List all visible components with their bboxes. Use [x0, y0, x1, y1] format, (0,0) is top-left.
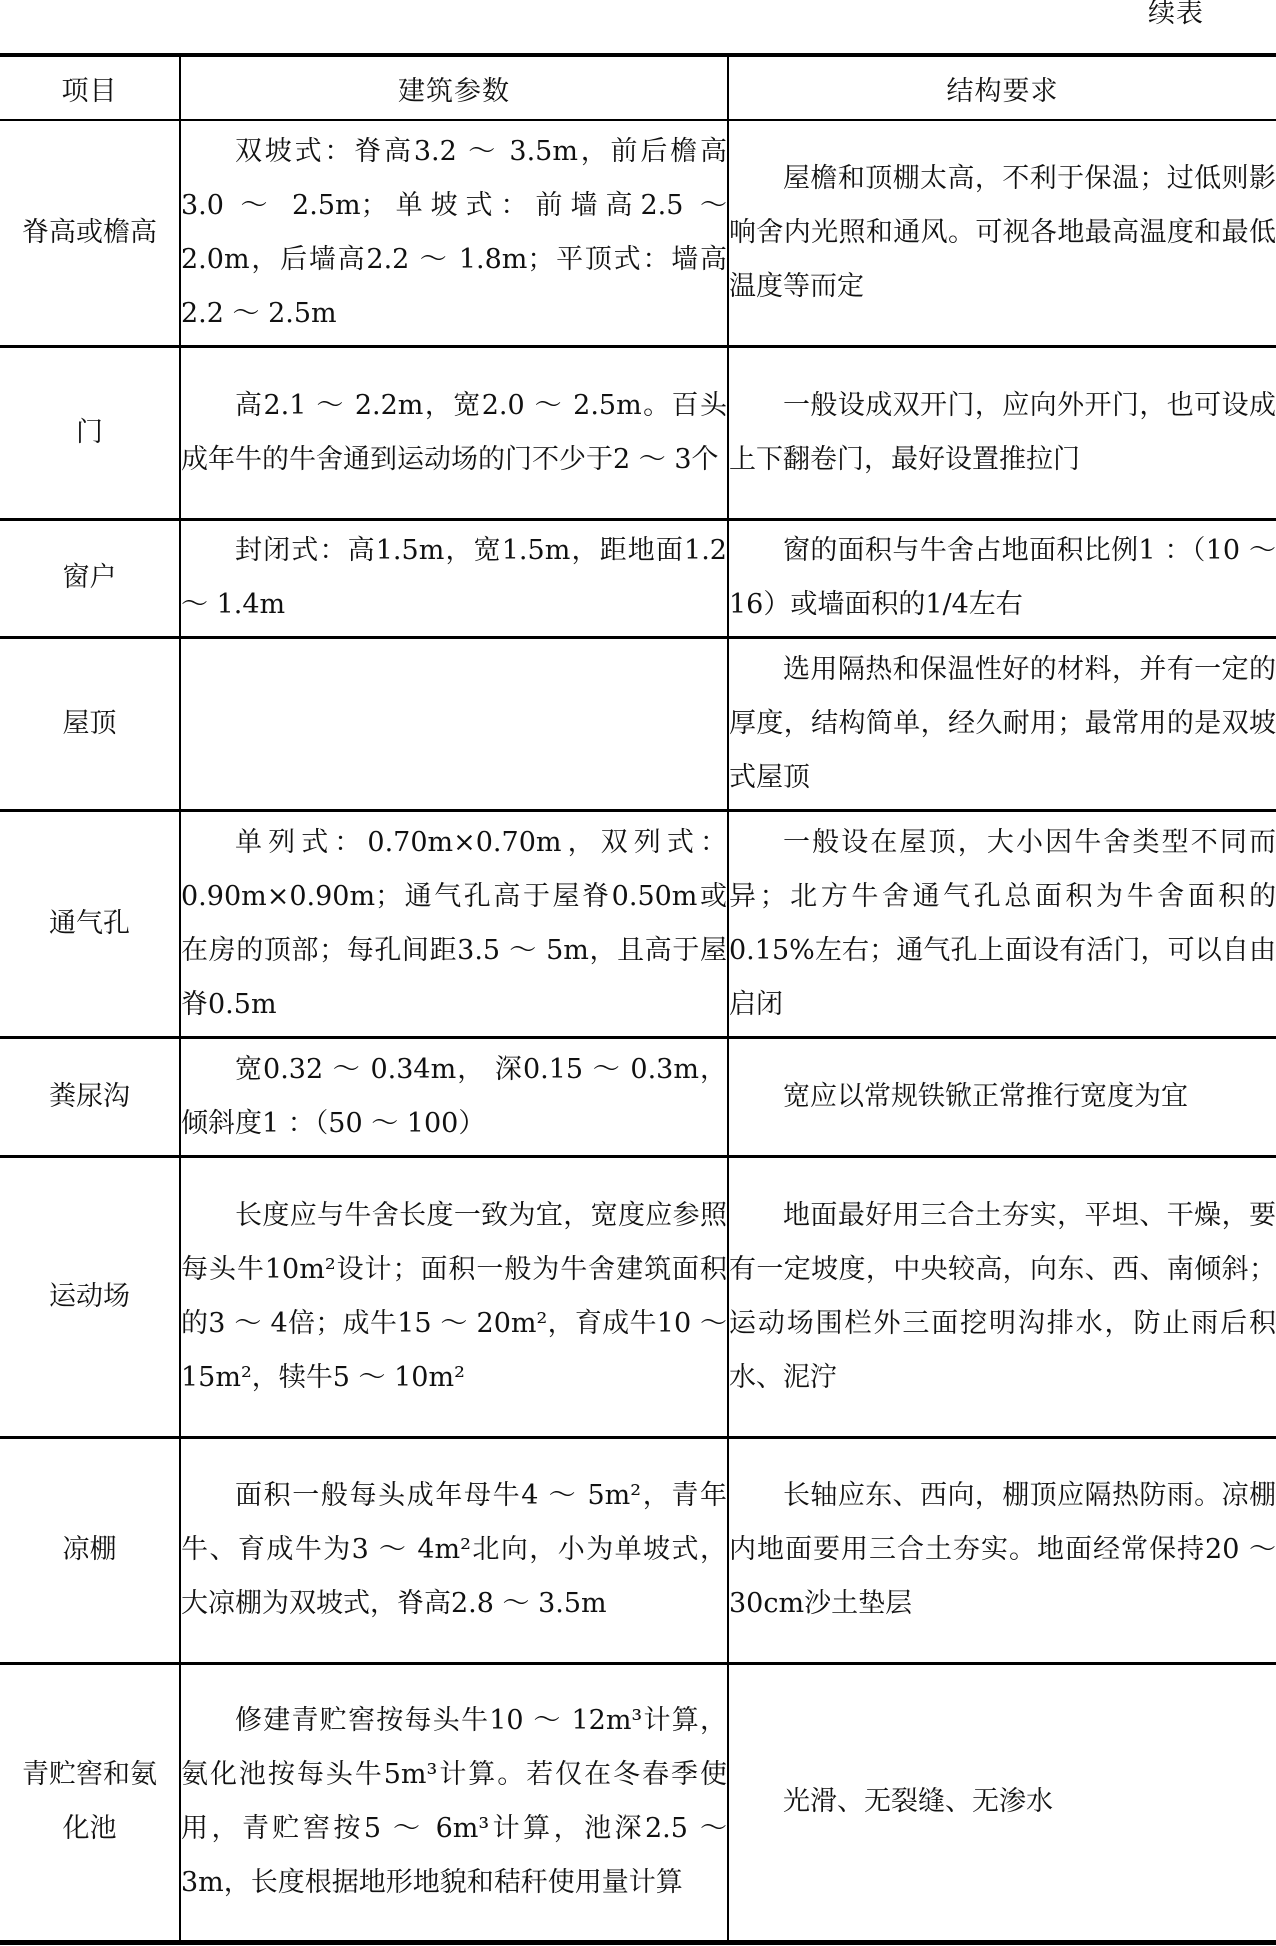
params-text: 面积一般每头成年母牛4 ～ 5m²，青年牛、育成牛为3 ～ 4m²北向，小为单坡…	[181, 1469, 727, 1631]
requirements-text: 窗的面积与牛舍占地面积比例1 ：（10 ～ 16）或墙面积的1/4左右	[729, 524, 1276, 632]
row-item: 屋顶	[0, 637, 180, 810]
table-row: 屋顶 选用隔热和保温性好的材料，并有一定的厚度，结构简单，经久耐用；最常用的是双…	[0, 637, 1276, 810]
table-row: 脊高或檐高 双坡式：脊高3.2 ～ 3.5m，前后檐高3.0 ～ 2.5m；单坡…	[0, 120, 1276, 346]
row-params: 修建青贮窖按每头牛10 ～ 12m³计算，氨化池按每头牛5m³计算。若仅在冬春季…	[180, 1663, 728, 1942]
header-item: 项目	[0, 55, 180, 120]
row-item: 运动场	[0, 1156, 180, 1437]
row-params: 单列式：0.70m×0.70m，双列式：0.90m×0.90m；通气孔高于屋脊0…	[180, 810, 728, 1037]
row-item: 通气孔	[0, 810, 180, 1037]
row-params: 宽0.32 ～ 0.34m， 深0.15 ～ 0.3m，倾斜度1 ：（50 ～ …	[180, 1037, 728, 1156]
requirements-text: 长轴应东、西向，棚顶应隔热防雨。凉棚内地面要用三合土夯实。地面经常保持20 ～ …	[729, 1469, 1276, 1631]
table-row: 门 高2.1 ～ 2.2m，宽2.0 ～ 2.5m。百头成年牛的牛舍通到运动场的…	[0, 346, 1276, 519]
row-requirements: 窗的面积与牛舍占地面积比例1 ：（10 ～ 16）或墙面积的1/4左右	[728, 519, 1276, 637]
params-text: 单列式：0.70m×0.70m，双列式：0.90m×0.90m；通气孔高于屋脊0…	[181, 816, 727, 1032]
params-text: 高2.1 ～ 2.2m，宽2.0 ～ 2.5m。百头成年牛的牛舍通到运动场的门不…	[181, 379, 727, 487]
table-row: 运动场 长度应与牛舍长度一致为宜，宽度应参照每头牛10m²设计；面积一般为牛舍建…	[0, 1156, 1276, 1437]
requirements-text: 地面最好用三合土夯实，平坦、干燥，要有一定坡度，中央较高，向东、西、南倾斜；运动…	[729, 1189, 1276, 1405]
params-text: 宽0.32 ～ 0.34m， 深0.15 ～ 0.3m，倾斜度1 ：（50 ～ …	[181, 1043, 727, 1151]
requirements-text: 光滑、无裂缝、无渗水	[729, 1775, 1276, 1829]
row-requirements: 选用隔热和保温性好的材料，并有一定的厚度，结构简单，经久耐用；最常用的是双坡式屋…	[728, 637, 1276, 810]
table-row: 粪尿沟 宽0.32 ～ 0.34m， 深0.15 ～ 0.3m，倾斜度1 ：（5…	[0, 1037, 1276, 1156]
header-building-params: 建筑参数	[180, 55, 728, 120]
table-row: 青贮窖和氨化池 修建青贮窖按每头牛10 ～ 12m³计算，氨化池按每头牛5m³计…	[0, 1663, 1276, 1942]
params-text: 修建青贮窖按每头牛10 ～ 12m³计算，氨化池按每头牛5m³计算。若仅在冬春季…	[181, 1694, 727, 1910]
row-requirements: 地面最好用三合土夯实，平坦、干燥，要有一定坡度，中央较高，向东、西、南倾斜；运动…	[728, 1156, 1276, 1437]
params-text: 长度应与牛舍长度一致为宜，宽度应参照每头牛10m²设计；面积一般为牛舍建筑面积的…	[181, 1189, 727, 1405]
row-params	[180, 637, 728, 810]
row-params: 双坡式：脊高3.2 ～ 3.5m，前后檐高3.0 ～ 2.5m；单坡式：前墙高2…	[180, 120, 728, 346]
row-params: 高2.1 ～ 2.2m，宽2.0 ～ 2.5m。百头成年牛的牛舍通到运动场的门不…	[180, 346, 728, 519]
row-params: 面积一般每头成年母牛4 ～ 5m²，青年牛、育成牛为3 ～ 4m²北向，小为单坡…	[180, 1437, 728, 1663]
row-item: 凉棚	[0, 1437, 180, 1663]
row-requirements: 长轴应东、西向，棚顶应隔热防雨。凉棚内地面要用三合土夯实。地面经常保持20 ～ …	[728, 1437, 1276, 1663]
row-item: 门	[0, 346, 180, 519]
row-requirements: 一般设在屋顶，大小因牛舍类型不同而异；北方牛舍通气孔总面积为牛舍面积的0.15%…	[728, 810, 1276, 1037]
row-requirements: 屋檐和顶棚太高，不利于保温；过低则影响舍内光照和通风。可视各地最高温度和最低温度…	[728, 120, 1276, 346]
row-requirements: 一般设成双开门，应向外开门，也可设成上下翻卷门，最好设置推拉门	[728, 346, 1276, 519]
row-item: 窗户	[0, 519, 180, 637]
requirements-text: 屋檐和顶棚太高，不利于保温；过低则影响舍内光照和通风。可视各地最高温度和最低温度…	[729, 152, 1276, 314]
cattle-barn-spec-table: 项目 建筑参数 结构要求 脊高或檐高 双坡式：脊高3.2 ～ 3.5m，前后檐高…	[0, 53, 1276, 1945]
row-item: 青贮窖和氨化池	[0, 1663, 180, 1942]
table-row: 窗户 封闭式：高1.5m，宽1.5m，距地面1.2 ～ 1.4m 窗的面积与牛舍…	[0, 519, 1276, 637]
params-text: 封闭式：高1.5m，宽1.5m，距地面1.2 ～ 1.4m	[181, 524, 727, 632]
row-item: 脊高或檐高	[0, 120, 180, 346]
row-item: 粪尿沟	[0, 1037, 180, 1156]
row-requirements: 宽应以常规铁锨正常推行宽度为宜	[728, 1037, 1276, 1156]
params-text: 双坡式：脊高3.2 ～ 3.5m，前后檐高3.0 ～ 2.5m；单坡式：前墙高2…	[181, 125, 727, 341]
table-row: 凉棚 面积一般每头成年母牛4 ～ 5m²，青年牛、育成牛为3 ～ 4m²北向，小…	[0, 1437, 1276, 1663]
requirements-text: 选用隔热和保温性好的材料，并有一定的厚度，结构简单，经久耐用；最常用的是双坡式屋…	[729, 643, 1276, 805]
requirements-text: 一般设在屋顶，大小因牛舍类型不同而异；北方牛舍通气孔总面积为牛舍面积的0.15%…	[729, 816, 1276, 1032]
table-row: 通气孔 单列式：0.70m×0.70m，双列式：0.90m×0.90m；通气孔高…	[0, 810, 1276, 1037]
row-params: 长度应与牛舍长度一致为宜，宽度应参照每头牛10m²设计；面积一般为牛舍建筑面积的…	[180, 1156, 728, 1437]
row-params: 封闭式：高1.5m，宽1.5m，距地面1.2 ～ 1.4m	[180, 519, 728, 637]
requirements-text: 一般设成双开门，应向外开门，也可设成上下翻卷门，最好设置推拉门	[729, 379, 1276, 487]
table-header-row: 项目 建筑参数 结构要求	[0, 55, 1276, 120]
header-structure-requirements: 结构要求	[728, 55, 1276, 120]
row-requirements: 光滑、无裂缝、无渗水	[728, 1663, 1276, 1942]
requirements-text: 宽应以常规铁锨正常推行宽度为宜	[729, 1070, 1276, 1124]
table-continued-caption: 续表	[1148, 0, 1204, 32]
